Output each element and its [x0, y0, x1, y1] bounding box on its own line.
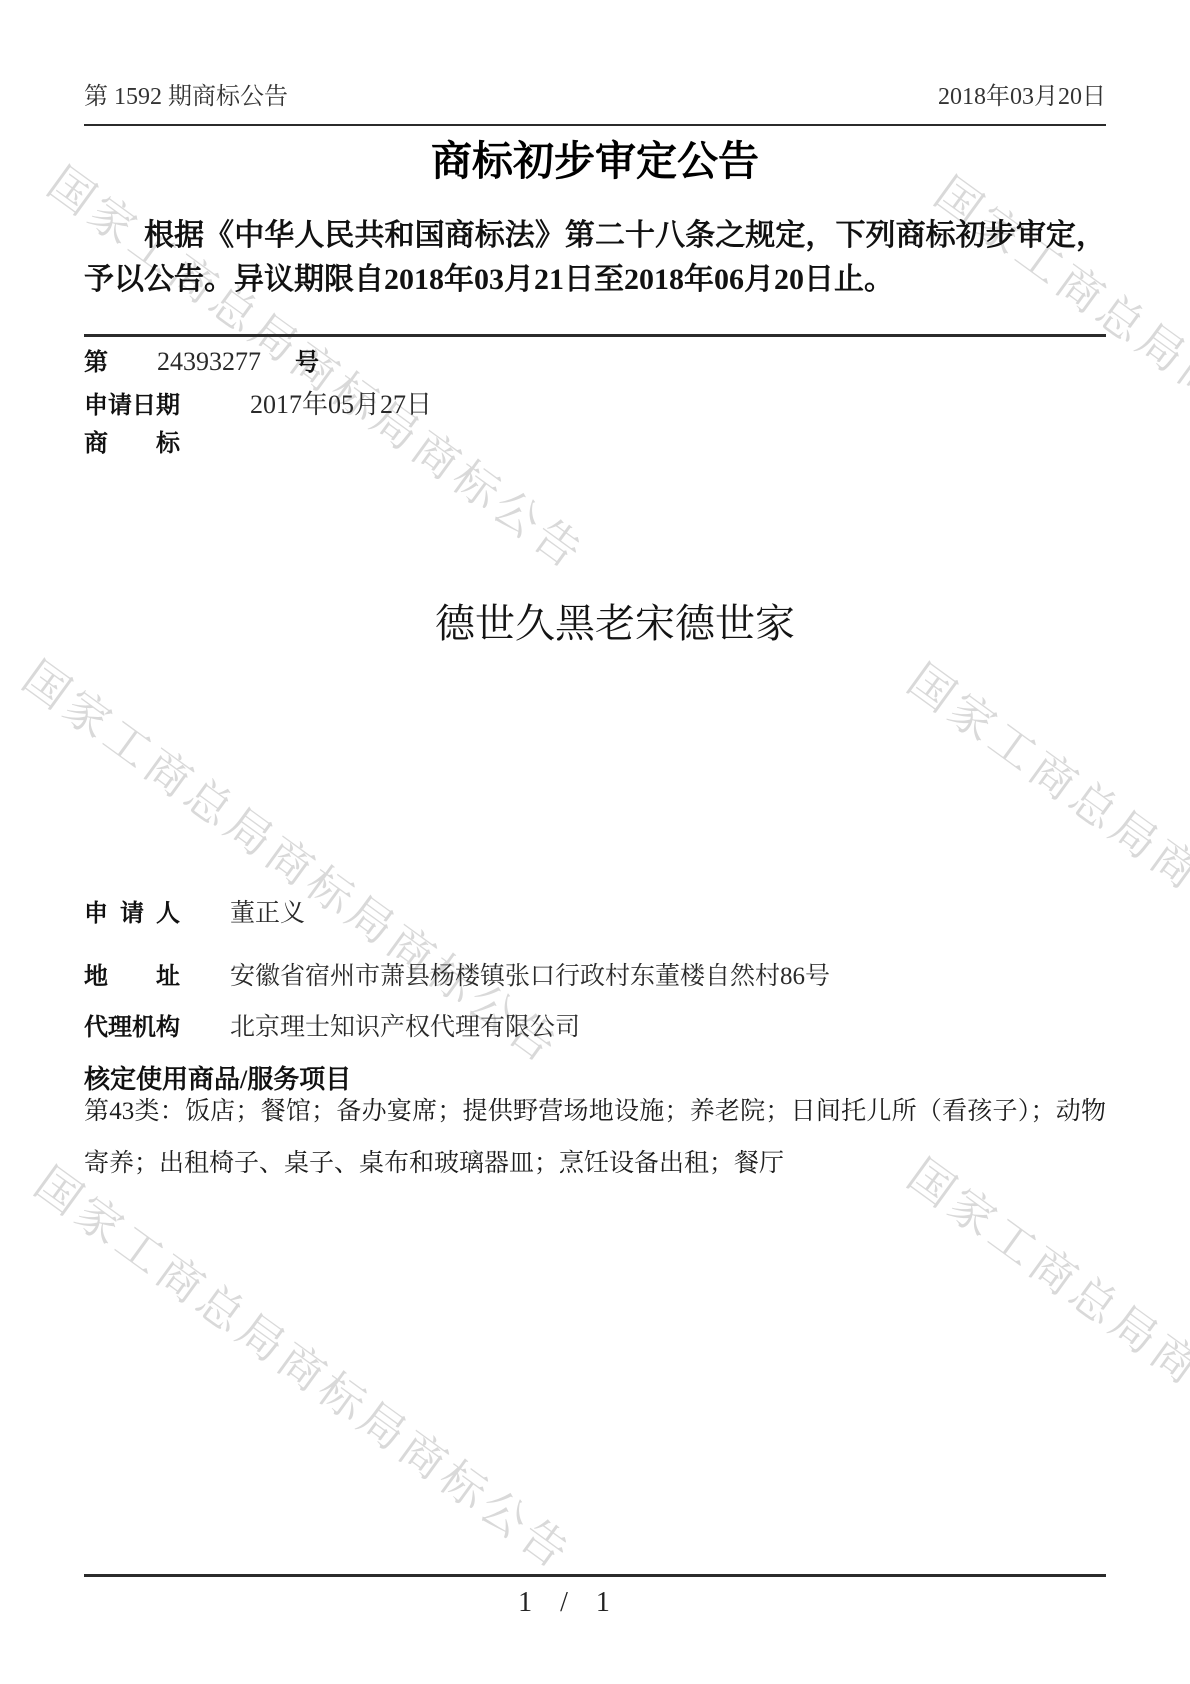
address-label: 地 址 — [84, 963, 180, 992]
document-header: 第 1592 期商标公告 2018年03月20日 — [84, 84, 1106, 110]
registration-suffix: 号 — [295, 350, 319, 376]
gazette-date: 2018年03月20日 — [938, 84, 1106, 110]
registration-prefix: 第 — [84, 350, 108, 376]
agent-label: 代理机构 — [84, 1014, 180, 1043]
registration-number: 24393277 — [157, 347, 261, 376]
content-layer: 第 1592 期商标公告 2018年03月20日 商标初步审定公告 根据《中华人… — [0, 0, 1190, 1684]
trademark-label-row: 商 标 — [84, 429, 180, 459]
application-date-label: 申请日期 — [84, 392, 180, 421]
registration-number-row: 第24393277号 — [84, 346, 319, 378]
address-value: 安徽省宿州市萧县杨楼镇张口行政村东董楼自然村86号 — [230, 963, 830, 990]
application-date-row: 申请日期2017年05月27日 — [84, 389, 432, 421]
gazette-page: 国家工商总局商标局商标公告 国家工商总局商标局商标公告 国家工商总局商标局商标公… — [0, 0, 1190, 1684]
gazette-issue: 第 1592 期商标公告 — [84, 84, 288, 110]
intro-paragraph: 根据《中华人民共和国商标法》第二十八条之规定，下列商标初步审定，予以公告。异议期… — [84, 214, 1106, 302]
agent-row: 代理机构北京理士知识产权代理有限公司 — [84, 1013, 580, 1043]
goods-services-list: 第43类：饭店；餐馆；备办宴席；提供野营场地设施；养老院；日间托儿所（看孩子）；… — [84, 1086, 1106, 1190]
total-page-count: 1 — [596, 1588, 610, 1619]
trademark-name: 德世久黑老宋德世家 — [104, 600, 1126, 648]
footer-divider — [84, 1574, 1106, 1577]
applicant-label: 申 请 人 — [84, 900, 180, 929]
page-indicator: 1 / 1 — [84, 1588, 1044, 1619]
page-title: 商标初步审定公告 — [84, 138, 1106, 185]
trademark-label: 商 标 — [84, 430, 180, 459]
applicant-row: 申 请 人董正义 — [84, 899, 305, 929]
current-page-number: 1 — [518, 1588, 532, 1619]
agent-value: 北京理士知识产权代理有限公司 — [230, 1014, 580, 1041]
applicant-value: 董正义 — [230, 900, 305, 927]
header-divider — [84, 124, 1106, 126]
page-separator: / — [560, 1588, 568, 1619]
section-divider — [84, 334, 1106, 337]
application-date-value: 2017年05月27日 — [250, 390, 432, 419]
address-row: 地 址安徽省宿州市萧县杨楼镇张口行政村东董楼自然村86号 — [84, 962, 830, 992]
